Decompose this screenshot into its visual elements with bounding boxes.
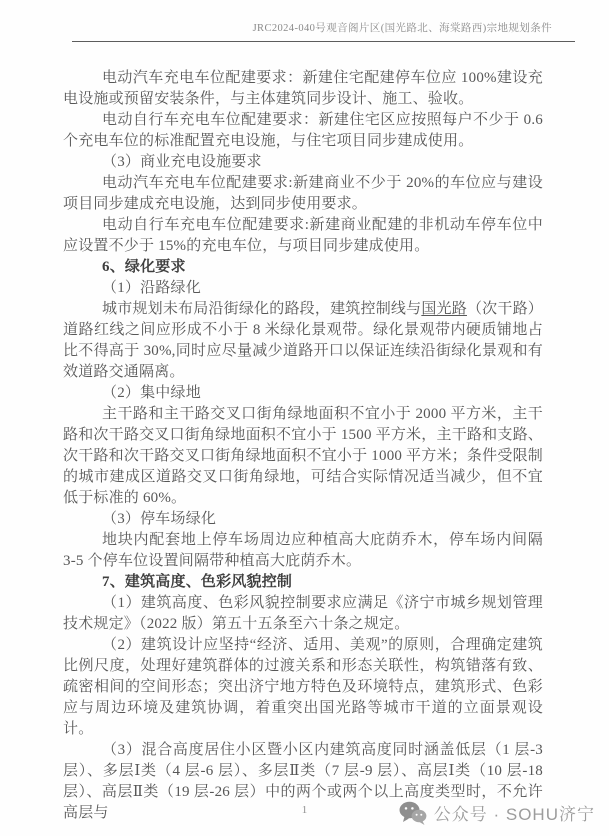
watermark: 公众号 · SOHU济宁 [399, 800, 595, 825]
wechat-icon [399, 801, 427, 825]
paragraph: 电动汽车充电车位配建要求：新建住宅配建停车位应 100%建设充电设施或预留安装条… [63, 68, 543, 110]
underlined-road-name: 国光路 [421, 301, 467, 317]
paragraph: （3）停车场绿化 [63, 509, 543, 530]
paragraph: （2）集中绿地 [63, 383, 543, 404]
section-heading: 7、建筑高度、色彩风貌控制 [63, 572, 543, 593]
paragraph: 电动自行车充电车位配建要求：新建住宅区应按照每户不少于 0.6 个充电车位的标准… [63, 110, 543, 152]
header-rule [72, 41, 575, 42]
section-heading: 6、绿化要求 [63, 257, 543, 278]
paragraph: 主干路和主干路交叉口街角绿地面积不宜小于 2000 平方米，主干路和次干路交叉口… [63, 404, 543, 509]
watermark-label: 公众号 · SOHU济宁 [434, 800, 595, 825]
document-body: 电动汽车充电车位配建要求：新建住宅配建停车位应 100%建设充电设施或预留安装条… [63, 68, 543, 824]
paragraph: 城市规划未布局沿街绿化的路段，建筑控制线与国光路（次干路）道路红线之间应形成不小… [63, 299, 543, 383]
paragraph: 地块内配套地上停车场周边应种植高大庇荫乔木，停车场内间隔 3-5 个停车位设置间… [63, 530, 543, 572]
paragraph: （3）商业充电设施要求 [63, 152, 543, 173]
paragraph: 电动汽车充电车位配建要求:新建商业不少于 20%的车位应与建设项目同步建成充电设… [63, 173, 543, 215]
paragraph: （2）建筑设计应坚持“经济、适用、美观”的原则，合理确定建筑比例尺度，处理好建筑… [63, 635, 543, 740]
paragraph: （1）沿路绿化 [63, 278, 543, 299]
paragraph: 电动自行车充电车位配建要求:新建商业配建的非机动车停车位中应设置不少于 15%的… [63, 215, 543, 257]
document-page: JRC2024-040号观音阁片区(国光路北、海棠路西)宗地规划条件 电动汽车充… [0, 0, 609, 836]
paragraph: （1）建筑高度、色彩风貌控制要求应满足《济宁市城乡规划管理技术规定》（2022 … [63, 593, 543, 635]
page-header-title: JRC2024-040号观音阁片区(国光路北、海棠路西)宗地规划条件 [253, 20, 552, 35]
